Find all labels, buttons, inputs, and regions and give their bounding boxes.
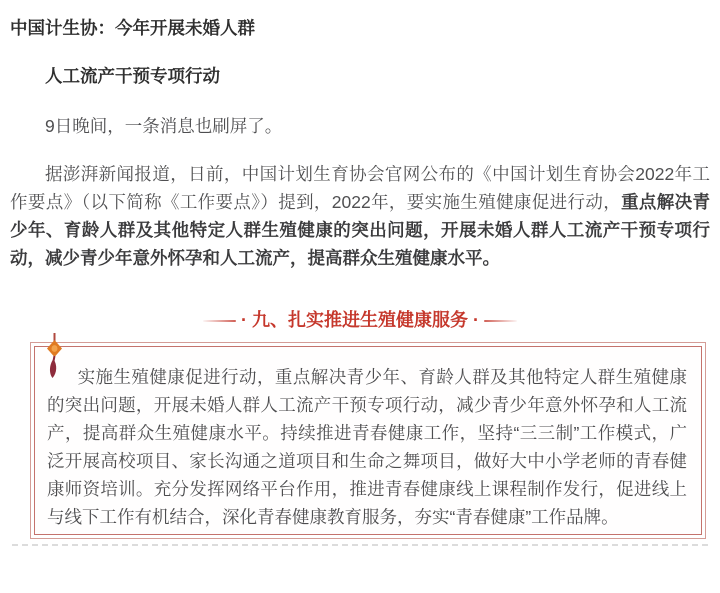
highlight-quote-box-inner: 实施生殖健康促进行动，重点解决青少年、育龄人群及其他特定人群生殖健康的突出问题，…	[34, 346, 702, 535]
article-page: 中国计生协：今年开展未婚人群 人工流产干预专项行动 9日晚间，一条消息也刷屏了。…	[0, 0, 720, 546]
highlight-quote-box: 实施生殖健康促进行动，重点解决青少年、育龄人群及其他特定人群生殖健康的突出问题，…	[30, 342, 706, 539]
section-title: · 九、扎实推进生殖健康服务 ·	[10, 308, 710, 333]
title-left-dash-line	[203, 320, 236, 322]
title-left-dot: ·	[241, 308, 247, 333]
title-right-dot: ·	[473, 308, 479, 333]
headline-line-2: 人工流产干预专项行动	[10, 65, 710, 87]
lede-paragraph: 9日晚间，一条消息也刷屏了。	[10, 115, 710, 137]
headline-line-1: 中国计生协：今年开展未婚人群	[10, 0, 710, 39]
title-right-dash-line	[484, 320, 517, 322]
body-paragraph: 据澎湃新闻报道，日前，中国计划生育协会官网公布的《中国计划生育协会2022年工作…	[10, 160, 710, 272]
section-title-text: 九、扎实推进生殖健康服务	[252, 308, 468, 333]
body-text-regular: 据澎湃新闻报道，日前，中国计划生育协会官网公布的《中国计划生育协会2022年工作…	[10, 164, 710, 212]
box-paragraph: 实施生殖健康促进行动，重点解决青少年、育龄人群及其他特定人群生殖健康的突出问题，…	[47, 363, 687, 531]
bottom-dashed-separator	[12, 544, 708, 546]
